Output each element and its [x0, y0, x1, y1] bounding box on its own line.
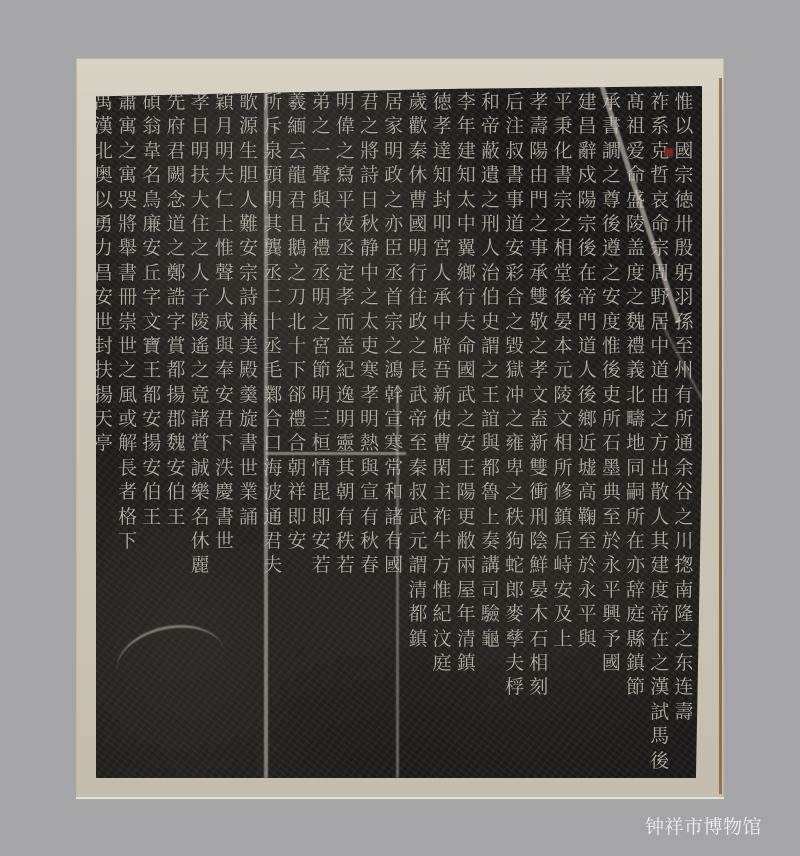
- inscription-character: 刑: [528, 505, 550, 529]
- inscription-character: 歲: [407, 90, 429, 114]
- inscription-character: 之: [455, 407, 477, 431]
- inscription-character: 雍: [504, 431, 526, 455]
- inscription-character: 木: [528, 602, 550, 626]
- inscription-character: 之: [165, 236, 187, 260]
- inscription-character: 諸: [189, 407, 211, 431]
- inscription-character: 國: [455, 358, 477, 382]
- inscription-character: 盖: [334, 334, 356, 358]
- inscription-character: 王: [141, 505, 163, 529]
- inscription-character: 道: [504, 212, 526, 236]
- inscription-character: 若: [310, 553, 332, 577]
- inscription-character: 戍: [576, 163, 598, 187]
- inscription-character: 君: [165, 139, 187, 163]
- inscription-character: 嗣: [625, 480, 647, 504]
- inscription-character: 道: [165, 212, 187, 236]
- inscription-character: 獄: [504, 358, 526, 382]
- inscription-character: 宗: [383, 310, 405, 334]
- inscription-character: 古: [310, 212, 332, 236]
- inscription-character: 龔: [262, 236, 284, 260]
- inscription-character: 漢: [96, 114, 114, 138]
- inscription-character: 孳: [504, 627, 526, 651]
- inscription-character: 秦: [407, 456, 429, 480]
- inscription-character: 合: [286, 431, 308, 455]
- inscription-character: 通: [262, 505, 284, 529]
- inscription-character: 后: [552, 529, 574, 553]
- inscription-column: 髙祖爱命盛陵盖度之魏禮義北疇地同嗣所在亦辞庭縣鎮節: [623, 90, 647, 774]
- inscription-character: 伯: [141, 480, 163, 504]
- inscription-character: 詩: [238, 285, 260, 309]
- inscription-character: 安: [213, 383, 235, 407]
- inscription-character: 住: [189, 212, 211, 236]
- inscription-character: 之: [358, 114, 380, 138]
- inscription-character: 爱: [625, 139, 647, 163]
- inscription-character: 力: [96, 236, 114, 260]
- inscription-character: 同: [625, 456, 647, 480]
- inscription-character: 中: [358, 261, 380, 285]
- inscription-character: 講: [479, 553, 501, 577]
- inscription-character: 夜: [334, 212, 356, 236]
- inscription-character: 王: [165, 505, 187, 529]
- inscription-columns: 惟以國宗徳卅殷躬羽孫至州有所通余谷之川揔南隆之东连壽祚系克哲哀命宗周野居中道由之…: [96, 90, 696, 774]
- inscription-character: 髙: [625, 90, 647, 114]
- inscription-character: 長: [407, 358, 429, 382]
- inscription-character: 毀: [504, 334, 526, 358]
- inscription-character: 土: [213, 212, 235, 236]
- inscription-character: 羹: [238, 383, 260, 407]
- inscription-character: 陽: [455, 480, 477, 504]
- inscription-character: 殷: [673, 236, 695, 260]
- inscription-character: 汶: [431, 627, 453, 651]
- inscription-character: 盛: [625, 188, 647, 212]
- inscription-character: 石: [528, 627, 550, 651]
- inscription-character: 壽: [673, 700, 695, 724]
- inscription-character: 鄉: [576, 407, 598, 431]
- inscription-column: 建昌辭戍陽宗後在帝門道人後鄉近墟高鞠至於永平與: [575, 90, 599, 774]
- inscription-character: 北: [286, 310, 308, 334]
- inscription-character: 祖: [625, 114, 647, 138]
- inscription-character: 慶: [213, 480, 235, 504]
- inscription-character: 年: [455, 114, 477, 138]
- inscription-character: 於: [600, 529, 622, 553]
- inscription-character: 孝: [431, 114, 453, 138]
- inscription-character: 冊: [117, 285, 139, 309]
- inscription-character: 秉: [552, 114, 574, 138]
- inscription-character: 名: [189, 505, 211, 529]
- inscription-character: 修: [552, 480, 574, 504]
- inscription-character: 余: [673, 456, 695, 480]
- inscription-character: 羲: [286, 90, 308, 114]
- inscription-character: 丞: [262, 261, 284, 285]
- inscription-character: 天: [96, 407, 114, 431]
- inscription-character: 一: [310, 139, 332, 163]
- inscription-character: 詩: [358, 163, 380, 187]
- inscription-character: 牛: [431, 529, 453, 553]
- inscription-character: 翁: [141, 114, 163, 138]
- inscription-character: 之: [189, 358, 211, 382]
- inscription-character: 辟: [431, 334, 453, 358]
- inscription-character: 人: [576, 358, 598, 382]
- inscription-character: 云: [286, 139, 308, 163]
- inscription-character: 人: [431, 261, 453, 285]
- inscription-character: 徳: [431, 90, 453, 114]
- inscription-character: 哀: [649, 188, 671, 212]
- inscription-character: 庭: [625, 602, 647, 626]
- inscription-character: 合: [262, 407, 284, 431]
- inscription-character: 陽: [528, 139, 550, 163]
- inscription-character: 亦: [625, 553, 647, 577]
- inscription-character: 與: [310, 188, 332, 212]
- inscription-character: 命: [649, 212, 671, 236]
- inscription-character: 之: [286, 261, 308, 285]
- inscription-character: 亦: [383, 212, 405, 236]
- inscription-character: 建: [649, 553, 671, 577]
- inscription-character: 王: [479, 383, 501, 407]
- inscription-character: 李: [455, 90, 477, 114]
- inscription-character: 方: [431, 553, 453, 577]
- inscription-character: 郎: [504, 578, 526, 602]
- inscription-character: 府: [165, 114, 187, 138]
- inscription-character: 泉: [262, 139, 284, 163]
- inscription-character: 惟: [431, 578, 453, 602]
- inscription-character: 之: [407, 334, 429, 358]
- inscription-character: 明: [213, 139, 235, 163]
- inscription-character: 節: [625, 675, 647, 699]
- inscription-character: 樂: [189, 480, 211, 504]
- inscription-character: 墨: [600, 456, 622, 480]
- inscription-character: 謂: [407, 553, 429, 577]
- inscription-character: 之: [600, 261, 622, 285]
- inscription-character: 後: [576, 383, 598, 407]
- inscription-character: 哲: [649, 163, 671, 187]
- inscription-character: 解: [117, 431, 139, 455]
- inscription-character: 歡: [407, 114, 429, 138]
- inscription-character: 毛: [262, 358, 284, 382]
- inscription-character: 在: [649, 627, 671, 651]
- inscription-column: 惟以國宗徳卅殷躬羽孫至州有所通余谷之川揔南隆之东连壽: [672, 90, 696, 774]
- inscription-character: 所: [673, 407, 695, 431]
- inscription-column: 蕭寓之寓哭將舉書冊崇世之風或解長者格下: [116, 90, 140, 774]
- inscription-character: 之: [117, 358, 139, 382]
- inscription-character: 至: [576, 529, 598, 553]
- inscription-character: 之: [649, 407, 671, 431]
- inscription-character: 之: [383, 188, 405, 212]
- inscription-character: 陰: [528, 529, 550, 553]
- inscription-character: 翼: [455, 236, 477, 260]
- inscription-character: 情: [310, 456, 332, 480]
- inscription-character: 之: [189, 236, 211, 260]
- inscription-character: 奏: [479, 529, 501, 553]
- inscription-character: 元: [552, 358, 574, 382]
- inscription-character: 之: [649, 651, 671, 675]
- inscription-character: 賞: [165, 334, 187, 358]
- inscription-character: 奥: [96, 163, 114, 187]
- inscription-character: 明: [358, 407, 380, 431]
- inscription-character: 宣: [358, 480, 380, 504]
- inscription-character: 辞: [625, 578, 647, 602]
- inscription-character: 鄭: [165, 261, 187, 285]
- inscription-character: 馬: [649, 724, 671, 748]
- inscription-character: 若: [334, 553, 356, 577]
- inscription-character: 周: [649, 261, 671, 285]
- inscription-character: 誦: [238, 505, 260, 529]
- inscription-column: 碩翁韋名鳥廉安丘字文寶王都安揚安伯王: [140, 90, 164, 774]
- inscription-character: 丞: [310, 261, 332, 285]
- inscription-character: 新: [528, 431, 550, 455]
- inscription-character: 方: [649, 431, 671, 455]
- inscription-character: 魏: [625, 310, 647, 334]
- inscription-character: 中: [649, 334, 671, 358]
- inscription-character: 謂: [479, 334, 501, 358]
- inscription-character: 刀: [286, 285, 308, 309]
- inscription-character: 幹: [383, 383, 405, 407]
- inscription-character: 安: [96, 285, 114, 309]
- inscription-character: 聲: [310, 163, 332, 187]
- inscription-character: 誠: [189, 456, 211, 480]
- inscription-character: 道: [649, 358, 671, 382]
- inscription-character: 扶: [189, 163, 211, 187]
- inscription-character: 丞: [334, 236, 356, 260]
- inscription-character: 桓: [310, 431, 332, 455]
- inscription-character: 定: [334, 261, 356, 285]
- inscription-character: 晏: [552, 310, 574, 334]
- inscription-character: 之: [600, 163, 622, 187]
- inscription-character: 明: [189, 139, 211, 163]
- inscription-character: 狗: [504, 529, 526, 553]
- inscription-character: 即: [310, 505, 332, 529]
- inscription-character: 緬: [286, 114, 308, 138]
- inscription-character: 國: [383, 553, 405, 577]
- inscription-character: 源: [238, 114, 260, 138]
- inscription-character: 君: [262, 529, 284, 553]
- inscription-character: 寫: [334, 163, 356, 187]
- inscription-character: 化: [552, 139, 574, 163]
- inscription-character: 政: [383, 163, 405, 187]
- inscription-character: 相: [552, 236, 574, 260]
- inscription-column: 孝壽陽由門之事承雙敬之孝文盍新雙衝刑陰鮮晏木石相刻: [527, 90, 551, 774]
- inscription-character: 格: [117, 505, 139, 529]
- inscription-character: 尊: [600, 188, 622, 212]
- inscription-character: 典: [600, 480, 622, 504]
- inscription-character: 近: [576, 431, 598, 455]
- photo-canvas: 惟以國宗徳卅殷躬羽孫至州有所通余谷之川揔南隆之东连壽祚系克哲哀命宗周野居中道由之…: [0, 0, 800, 856]
- inscription-character: 晏: [528, 578, 550, 602]
- inscription-character: 都: [407, 602, 429, 626]
- inscription-character: 揚: [96, 383, 114, 407]
- inscription-character: 寓: [117, 163, 139, 187]
- inscription-character: 陵: [625, 212, 647, 236]
- inscription-character: 哭: [117, 188, 139, 212]
- inscription-character: 陵: [189, 310, 211, 334]
- inscription-column: 所斥泉頭明其龔丞二十丞毛鄴合口海波通君夫: [261, 90, 285, 774]
- inscription-character: 波: [262, 480, 284, 504]
- inscription-character: 將: [117, 212, 139, 236]
- inscription-character: 寶: [141, 334, 163, 358]
- inscription-character: 與: [576, 627, 598, 651]
- inscription-character: 野: [649, 285, 671, 309]
- inscription-character: 書: [600, 114, 622, 138]
- inscription-character: 都: [141, 383, 163, 407]
- inscription-character: 丘: [141, 261, 163, 285]
- inscription-character: 泆: [213, 456, 235, 480]
- inscription-character: 卑: [504, 456, 526, 480]
- inscription-character: 鞠: [576, 505, 598, 529]
- inscription-character: 遙: [189, 334, 211, 358]
- inscription-character: 兩: [455, 553, 477, 577]
- inscription-character: 歌: [238, 90, 260, 114]
- inscription-character: 有: [334, 505, 356, 529]
- inscription-character: 之: [552, 212, 574, 236]
- inscription-character: 夫: [504, 651, 526, 675]
- inscription-character: 風: [117, 383, 139, 407]
- inscription-character: 帝: [479, 114, 501, 138]
- inscription-character: 石: [600, 431, 622, 455]
- inscription-character: 且: [286, 212, 308, 236]
- inscription-character: 文: [528, 383, 550, 407]
- inscription-character: 與: [479, 431, 501, 455]
- inscription-character: 世: [213, 529, 235, 553]
- inscription-character: 叔: [407, 480, 429, 504]
- inscription-character: 門: [576, 310, 598, 334]
- inscription-character: 誥: [165, 285, 187, 309]
- inscription-character: 由: [528, 163, 550, 187]
- inscription-character: 知: [431, 163, 453, 187]
- inscription-character: 永: [600, 553, 622, 577]
- inscription-character: 王: [141, 358, 163, 382]
- inscription-character: 麗: [189, 553, 211, 577]
- inscription-character: 後: [600, 358, 622, 382]
- inscription-character: 通: [673, 431, 695, 455]
- inscription-character: 書: [504, 163, 526, 187]
- inscription-character: 秩: [334, 529, 356, 553]
- inscription-character: 中: [431, 310, 453, 334]
- inscription-character: 上: [552, 627, 574, 651]
- inscription-character: 日: [358, 188, 380, 212]
- inscription-character: 吾: [431, 358, 453, 382]
- inscription-character: 之: [479, 358, 501, 382]
- inscription-character: 司: [479, 578, 501, 602]
- inscription-character: 武: [455, 383, 477, 407]
- inscription-character: 鎮: [407, 627, 429, 651]
- inscription-character: 承: [431, 285, 453, 309]
- inscription-character: 安: [310, 529, 332, 553]
- inscription-character: 文: [552, 407, 574, 431]
- inscription-character: 之: [504, 407, 526, 431]
- inscription-character: 秋: [358, 529, 380, 553]
- inscription-character: 宗: [552, 188, 574, 212]
- inscription-character: 躬: [673, 261, 695, 285]
- inscription-character: 注: [504, 114, 526, 138]
- inscription-character: 世: [238, 456, 260, 480]
- inscription-character: 卅: [673, 212, 695, 236]
- inscription-character: 人: [189, 261, 211, 285]
- inscription-character: 命: [625, 163, 647, 187]
- inscription-column: 平秉化書宗之相堂後晏本元陵文相所修鎮后峙安及上: [551, 90, 575, 774]
- inscription-character: 與: [213, 334, 235, 358]
- inscription-character: 紀: [334, 358, 356, 382]
- inscription-character: 後: [649, 749, 671, 773]
- inscription-column: 徳孝達知封叩宮人承中辟吾新使曹閑主祚牛方惟紀汶庭: [430, 90, 454, 774]
- inscription-character: 朝: [286, 456, 308, 480]
- inscription-character: 武: [407, 383, 429, 407]
- inscription-character: 太: [358, 310, 380, 334]
- inscription-character: 義: [625, 358, 647, 382]
- inscription-character: 主: [431, 480, 453, 504]
- inscription-character: 休: [189, 529, 211, 553]
- inscription-character: 漢: [649, 675, 671, 699]
- inscription-character: 兼: [238, 310, 260, 334]
- inscription-character: 揚: [165, 383, 187, 407]
- inscription-character: 安: [455, 431, 477, 455]
- inscription-character: 至: [600, 505, 622, 529]
- inscription-column: 穎月明夫仁土惟聲人咸與奉安君下泆慶書世: [212, 90, 236, 774]
- inscription-character: 承: [528, 261, 550, 285]
- inscription-character: 桴: [504, 675, 526, 699]
- inscription-character: 都: [479, 456, 501, 480]
- inscription-character: 達: [431, 139, 453, 163]
- inscription-character: 宣: [383, 407, 405, 431]
- inscription-character: 之: [334, 139, 356, 163]
- inscription-character: 禮: [625, 334, 647, 358]
- inscription-character: 名: [141, 163, 163, 187]
- inscription-character: 崇: [117, 310, 139, 334]
- inscription-character: 惟: [213, 236, 235, 260]
- inscription-character: 十: [286, 334, 308, 358]
- inscription-character: 安: [238, 236, 260, 260]
- inscription-character: 寒: [383, 431, 405, 455]
- inscription-character: 连: [673, 675, 695, 699]
- inscription-character: 閑: [431, 456, 453, 480]
- inscription-column: 后注叔書事道安彩合之毀獄冲之雍卑之秩狗蛇郎麥孳夫桴: [503, 90, 527, 774]
- inscription-character: 君: [358, 90, 380, 114]
- inscription-character: 冲: [504, 383, 526, 407]
- inscription-character: 年: [455, 602, 477, 626]
- inscription-column: 歌源生胆人難安宗詩兼美殿羹旋書世業誦: [236, 90, 260, 774]
- inscription-character: 禮: [310, 236, 332, 260]
- inscription-character: 奉: [213, 358, 235, 382]
- inscription-character: 予: [600, 627, 622, 651]
- inscription-character: 使: [431, 407, 453, 431]
- inscription-character: 伯: [479, 285, 501, 309]
- inscription-character: 遺: [479, 163, 501, 187]
- inscription-character: 安: [165, 456, 187, 480]
- inscription-character: 鴻: [383, 358, 405, 382]
- inscription-character: 之: [528, 212, 550, 236]
- inscription-character: 安: [286, 529, 308, 553]
- inscription-character: 鳥: [141, 188, 163, 212]
- inscription-character: 建: [576, 90, 598, 114]
- inscription-character: 曹: [431, 431, 453, 455]
- inscription-character: 平: [600, 578, 622, 602]
- inscription-character: 谷: [673, 480, 695, 504]
- inscription-character: 殿: [238, 358, 260, 382]
- inscription-character: 試: [649, 700, 671, 724]
- inscription-character: 宮: [431, 236, 453, 260]
- inscription-character: 惟: [673, 90, 695, 114]
- inscription-character: 秩: [504, 505, 526, 529]
- inscription-character: 之: [117, 139, 139, 163]
- inscription-character: 明: [383, 139, 405, 163]
- inscription-character: 鄉: [455, 261, 477, 285]
- inscription-character: 政: [407, 310, 429, 334]
- inscription-character: 明: [334, 90, 356, 114]
- inscription-character: 命: [455, 334, 477, 358]
- inscription-character: 敝: [455, 529, 477, 553]
- stele-rubbing: 惟以國宗徳卅殷躬羽孫至州有所通余谷之川揔南隆之东连壽祚系克哲哀命宗周野居中道由之…: [96, 86, 702, 778]
- inscription-character: 三: [310, 407, 332, 431]
- inscription-column: 明偉之寫平夜丞定孝而盖紀逸明靈其朝有秩若: [333, 90, 357, 774]
- inscription-character: 有: [383, 529, 405, 553]
- inscription-character: 揔: [673, 553, 695, 577]
